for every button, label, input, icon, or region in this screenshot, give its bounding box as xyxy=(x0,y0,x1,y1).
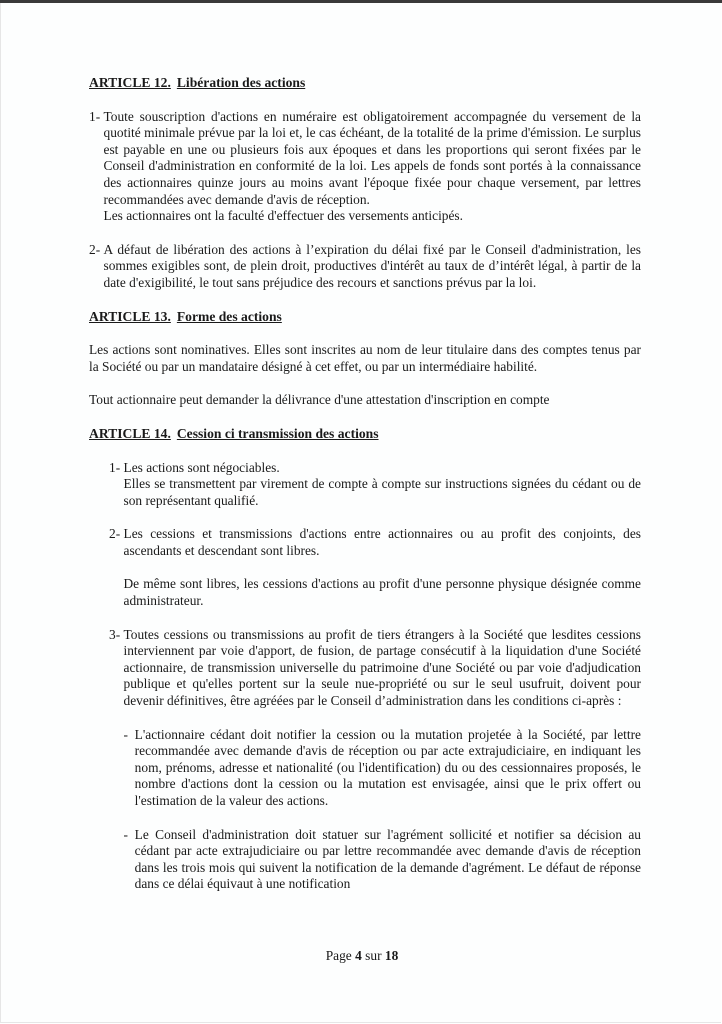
item-marker: 1- xyxy=(89,109,104,225)
article-12-title: Libération des actions xyxy=(177,75,305,90)
page-content: ARTICLE 12.Libération des actions 1- Tou… xyxy=(89,75,641,893)
page-total: 18 xyxy=(385,948,398,963)
article-14-heading: ARTICLE 14.Cession ci transmission des a… xyxy=(89,426,641,443)
article-13-paragraph-2: Tout actionnaire peut demander la délivr… xyxy=(89,392,641,409)
article-14-item-2-text: Les cessions et transmissions d'actions … xyxy=(124,526,641,559)
page-prefix: Page xyxy=(326,948,355,963)
article-14-title: Cession ci transmission des actions xyxy=(177,426,379,441)
article-14-item-3: 3- Toutes cessions ou transmissions au p… xyxy=(109,627,641,893)
article-14-subitem-1-text: L'actionnaire cédant doit notifier la ce… xyxy=(135,727,641,810)
article-13-title: Forme des actions xyxy=(177,309,282,324)
bullet-dash: - xyxy=(124,827,135,893)
item-marker: 2- xyxy=(89,242,104,292)
article-14-subitem-2: - Le Conseil d'administration doit statu… xyxy=(124,827,641,893)
article-12-number: ARTICLE 12. xyxy=(89,75,171,90)
document-page: ARTICLE 12.Libération des actions 1- Tou… xyxy=(0,3,721,1023)
bullet-dash: - xyxy=(124,727,135,810)
article-12-item-1: 1- Toute souscription d'actions en numér… xyxy=(89,109,641,225)
article-14-item-1-text: Les actions sont négociables. xyxy=(124,460,641,477)
page-middle: sur xyxy=(362,948,385,963)
page-current: 4 xyxy=(355,948,362,963)
article-14-item-1: 1- Les actions sont négociables. Elles s… xyxy=(109,460,641,510)
article-12-item-1-text-2: Les actionnaires ont la faculté d'effect… xyxy=(104,208,641,225)
item-marker: 1- xyxy=(109,460,124,510)
article-12-item-2: 2- A défaut de libération des actions à … xyxy=(89,242,641,292)
article-13-paragraph-1: Les actions sont nominatives. Elles sont… xyxy=(89,342,641,375)
item-marker: 3- xyxy=(109,627,124,893)
article-13-heading: ARTICLE 13.Forme des actions xyxy=(89,309,641,326)
article-14-item-2: 2- Les cessions et transmissions d'actio… xyxy=(109,526,641,609)
article-12-item-1-text: Toute souscription d'actions en numérair… xyxy=(104,109,641,209)
article-12-heading: ARTICLE 12.Libération des actions xyxy=(89,75,641,92)
page-footer: Page 4 sur 18 xyxy=(1,948,722,964)
article-14-item-1-text-2: Elles se transmettent par virement de co… xyxy=(124,476,641,509)
article-14-subitem-2-text: Le Conseil d'administration doit statuer… xyxy=(135,827,641,893)
article-14-number: ARTICLE 14. xyxy=(89,426,171,441)
article-12-item-2-text: A défaut de libération des actions à l’e… xyxy=(104,242,641,292)
item-marker: 2- xyxy=(109,526,124,609)
article-13-number: ARTICLE 13. xyxy=(89,309,171,324)
article-14-subitem-1: - L'actionnaire cédant doit notifier la … xyxy=(124,727,641,810)
article-14-item-2-text-2: De même sont libres, les cessions d'acti… xyxy=(124,576,641,609)
article-14-item-3-text: Toutes cessions ou transmissions au prof… xyxy=(124,627,641,710)
